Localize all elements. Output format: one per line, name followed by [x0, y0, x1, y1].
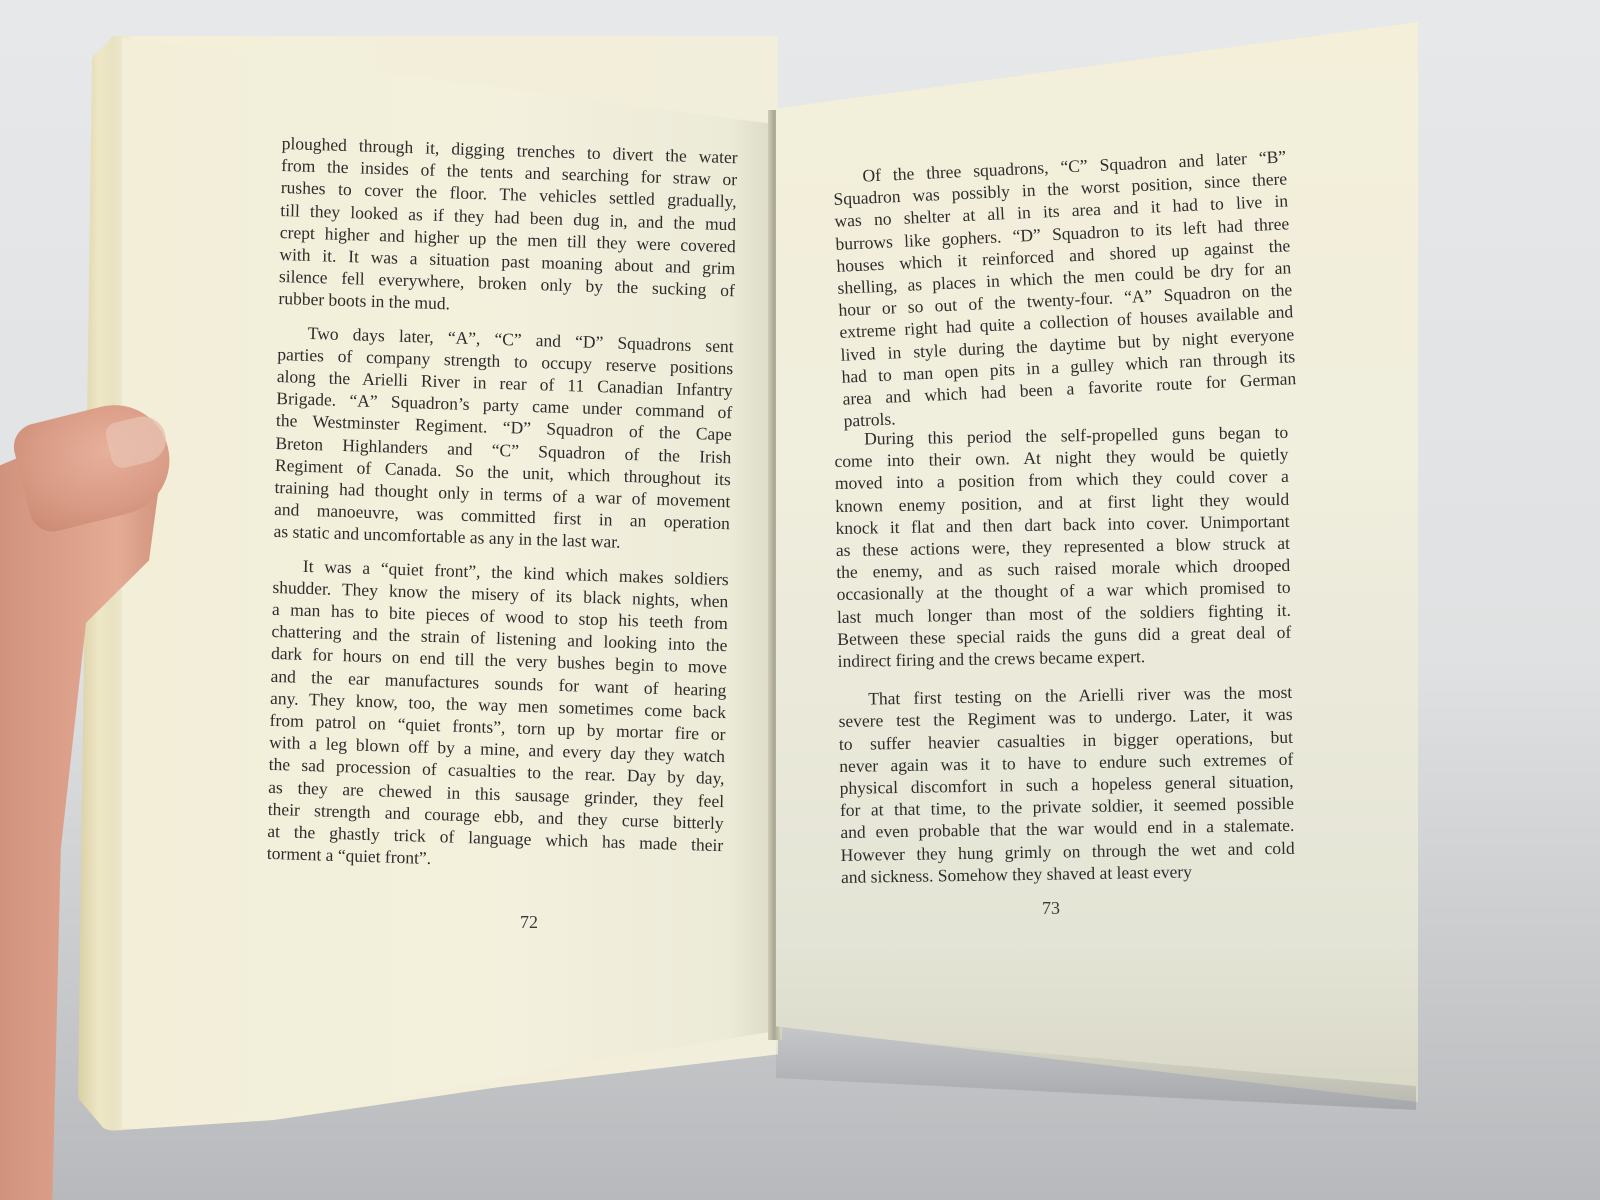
paragraph: That first testing on the Arielli river …	[838, 681, 1295, 888]
page-number-right: 73	[1042, 898, 1060, 919]
page-number-left: 72	[520, 912, 538, 933]
paragraph: Of the three squadrons, “C” Squadron and…	[832, 145, 1298, 432]
photo-scene: ploughed through it, digging trenches to…	[0, 0, 1600, 1200]
right-page-text-bottom: During this period the self-propelled gu…	[834, 421, 1295, 888]
right-page-text-top: Of the three squadrons, “C” Squadron and…	[832, 145, 1298, 432]
paragraph: ploughed through it, digging trenches to…	[278, 132, 738, 324]
paragraph: During this period the self-propelled gu…	[834, 421, 1292, 672]
paragraph: It was a “quiet front”, the kind which m…	[267, 554, 729, 879]
left-page-text: ploughed through it, digging trenches to…	[267, 132, 738, 879]
paragraph: Two days later, “A”, “C” and “D” Squadro…	[273, 321, 733, 557]
